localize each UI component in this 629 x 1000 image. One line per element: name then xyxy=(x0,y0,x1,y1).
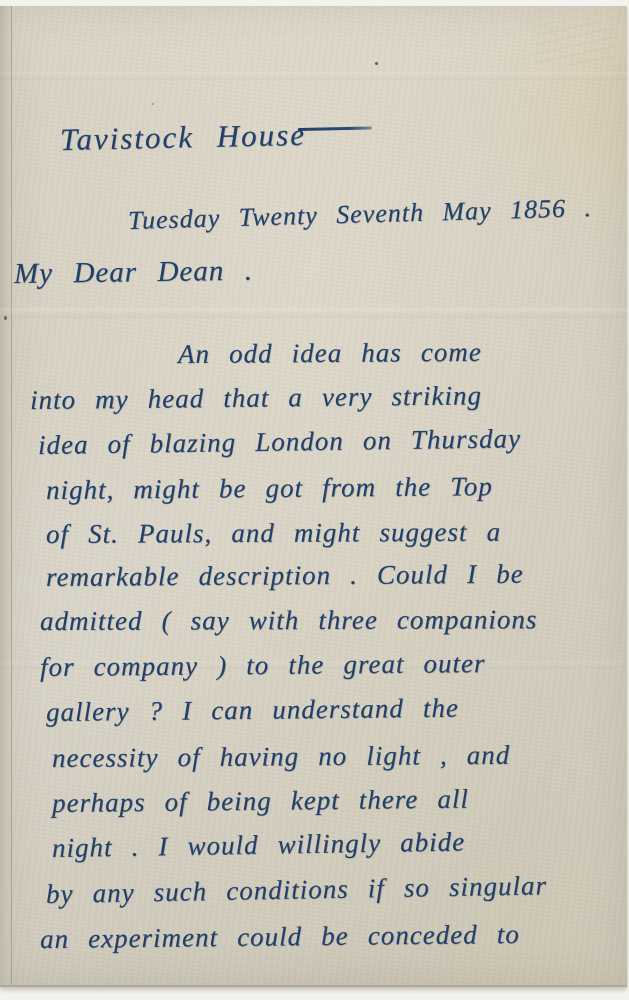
horizontal-crease-middle xyxy=(0,308,627,318)
letter-line: perhaps of being kept there all xyxy=(52,784,469,819)
ink-speck xyxy=(152,103,154,105)
pencil-smudge xyxy=(533,22,613,66)
letter-line: night . I would willingly abide xyxy=(52,827,466,864)
letter-line: admitted ( say with three companions xyxy=(40,604,538,637)
address-text: Tavistock House xyxy=(60,117,307,157)
ink-speck xyxy=(4,316,7,320)
salutation-line: My Dear Dean . xyxy=(14,255,253,291)
address-line: Tavistock House xyxy=(60,115,373,158)
letter-line: an experiment could be conceded to xyxy=(40,919,520,955)
letter-line: remarkable description . Could I be xyxy=(46,559,524,593)
letter-line: necessity of having no light , and xyxy=(52,740,510,774)
letter-line: gallery ? I can understand the xyxy=(46,693,459,728)
left-fold-crease xyxy=(0,6,12,985)
paper-sheet: Tavistock House Tuesday Twenty Seventh M… xyxy=(0,6,627,987)
pen-flourish-stroke xyxy=(298,126,372,131)
letter-line: night, might be got from the Top xyxy=(46,471,493,506)
date-line: Tuesday Twenty Seventh May 1856 . xyxy=(128,193,593,236)
letter-line: of St. Pauls, and might suggest a xyxy=(46,517,501,550)
scan-background: { "letter": { "address": "Tavistock Hous… xyxy=(0,0,629,1000)
ink-speck xyxy=(375,62,378,65)
letter-line: An odd idea has come xyxy=(178,337,482,370)
horizontal-crease-top xyxy=(0,72,627,80)
letter-line: into my head that a very striking xyxy=(30,380,482,416)
letter-line: for company ) to the great outer xyxy=(40,648,486,683)
letter-line: by any such conditions if so singular xyxy=(46,870,547,910)
letter-line: idea of blazing London on Thursday xyxy=(38,423,521,461)
